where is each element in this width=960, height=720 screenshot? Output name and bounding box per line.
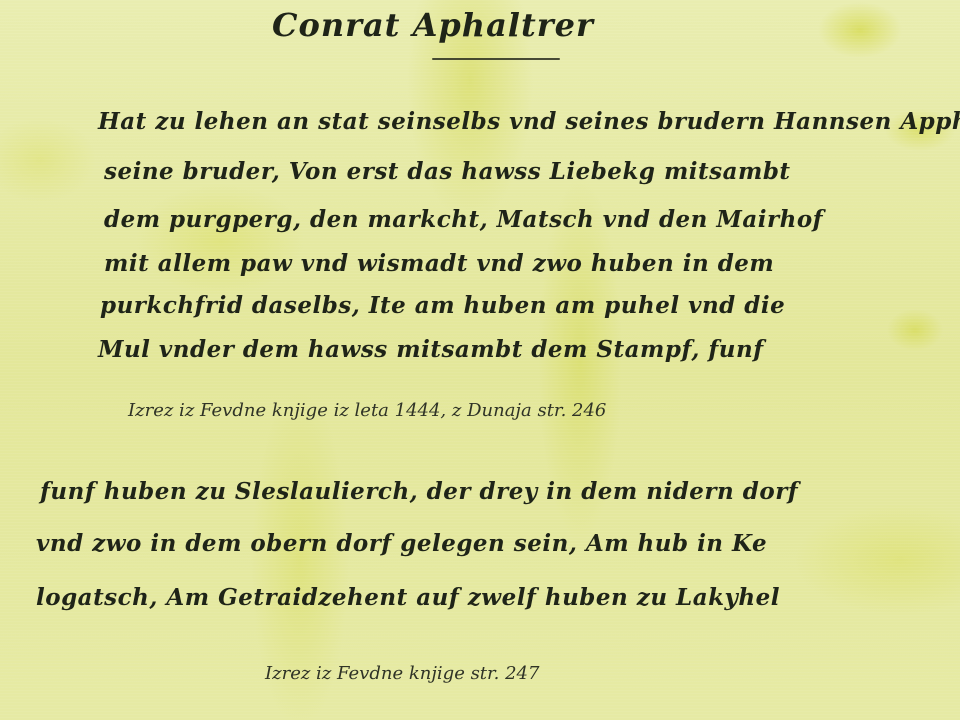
cropped-line-fragment: · · · · · · · (70, 630, 890, 640)
manuscript-heading: Conrat Aphaltrer (272, 6, 594, 44)
manuscript-line: dem purgperg, den markcht, Matsch vnd de… (104, 206, 823, 233)
caption-excerpt-2: Izrez iz Fevdne knjige str. 247 (265, 663, 539, 684)
manuscript-line: mit allem paw vnd wismadt vnd zwo huben … (104, 250, 774, 277)
cropped-line-fragment: · · · (40, 452, 440, 462)
manuscript-line: Mul vnder dem hawss mitsambt dem Stampf,… (98, 336, 764, 363)
cropped-line-fragment: · · · · · · · · (110, 372, 810, 382)
caption-excerpt-1: Izrez iz Fevdne knjige iz leta 1444, z D… (128, 400, 606, 421)
heading-underline (432, 58, 560, 60)
manuscript-line: logatsch, Am Getraidzehent auf zwelf hub… (36, 584, 780, 611)
manuscript-line: vnd zwo in dem obern dorf gelegen sein, … (36, 530, 767, 557)
manuscript-line: funf huben zu Sleslaulierch, der drey in… (40, 478, 798, 505)
manuscript-line: purkchfrid daselbs, Ite am huben am puhe… (100, 292, 785, 319)
manuscript-line: seine bruder, Von erst das hawss Liebekg… (104, 158, 791, 185)
manuscript-line: Hat zu lehen an stat seinselbs vnd seine… (98, 108, 960, 135)
